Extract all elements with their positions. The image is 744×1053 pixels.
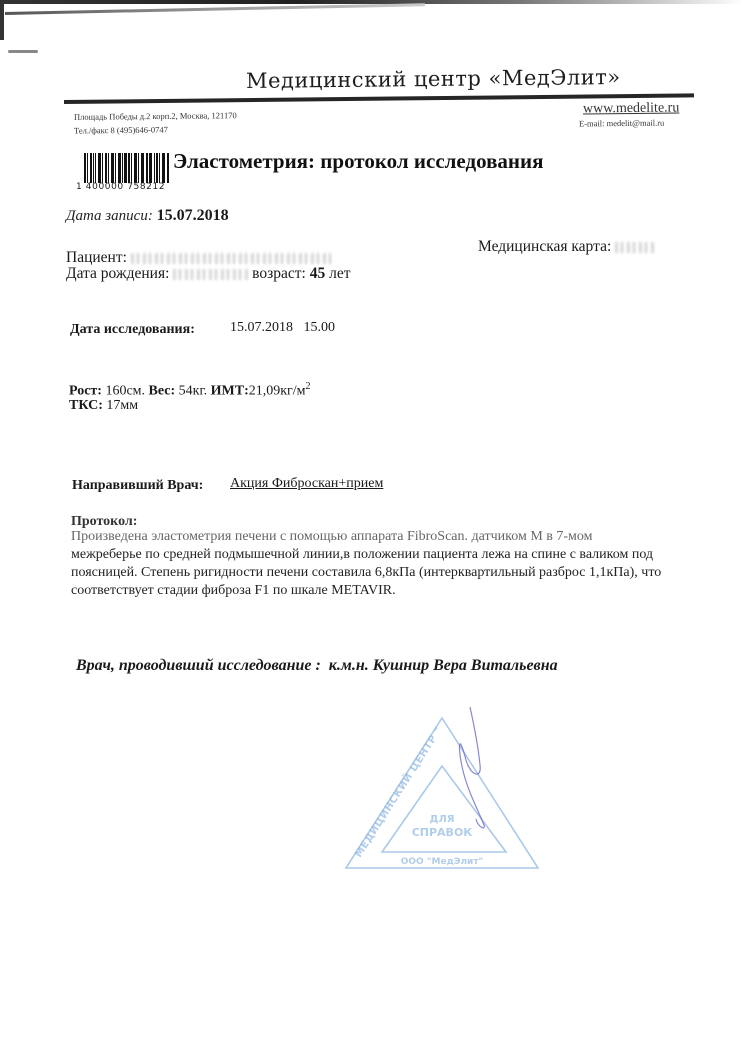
patient-name-redacted (131, 253, 331, 264)
bmi-value: 21,09кг/м (249, 384, 306, 399)
medcard-redacted (615, 242, 655, 253)
tks-label: ТКС: (69, 398, 103, 413)
clinic-website-link[interactable]: www.medelite.ru (583, 100, 679, 117)
age-unit: лет (329, 265, 350, 282)
protocol-line: соответствует стадии фиброза F1 по шкале… (71, 582, 721, 600)
clinic-email: E-mail: medelit@mail.ru (579, 118, 664, 129)
birth-date-redacted (173, 269, 248, 280)
referrer-label: Направивший Врач: (72, 478, 203, 493)
age-label: возраст: (252, 265, 306, 282)
referrer-row: Направивший Врач: Акция Фиброскан+прием (72, 478, 203, 494)
record-date-label: Дата записи: (66, 208, 153, 224)
study-date-row: Дата исследования: 15.07.2018 15.00 (70, 322, 195, 338)
medcard-label: Медицинская карта: (478, 238, 611, 255)
doctor-name: к.м.н. Кушнир Вера Витальевна (329, 657, 558, 674)
body-params-row: Рост: 160см. Вес: 54кг. ИМТ:21,09кг/м2 (69, 381, 311, 400)
referrer-value: Акция Фиброскан+прием (230, 476, 383, 492)
bmi-label: ИМТ: (211, 384, 249, 399)
birth-row: Дата рождения: возраст: 45 лет (66, 265, 350, 283)
medcard-row: Медицинская карта: (478, 238, 655, 256)
weight-value: 54кг. (179, 384, 207, 399)
study-date-value: 15.07.2018 15.00 (230, 320, 335, 336)
document-title: Эластометрия: протокол исследования (173, 149, 543, 174)
height-value: 160см. (105, 384, 145, 399)
weight-label: Вес: (149, 384, 176, 399)
protocol-line: Произведена эластометрия печени с помощь… (71, 528, 721, 546)
age-value: 45 (310, 265, 326, 282)
protocol-line: межреберье по средней подмышечной линии,… (71, 546, 721, 564)
study-date: 15.07.2018 (230, 320, 293, 335)
bmi-exponent: 2 (306, 381, 311, 392)
protocol-text: Произведена эластометрия печени с помощь… (71, 528, 721, 600)
clinic-name: Медицинский центр «МедЭлит» (246, 65, 621, 93)
scan-fold-line (5, 3, 425, 15)
doctor-label: Врач, проводивший исследование : (76, 657, 321, 674)
tks-row: ТКС: 17мм (69, 398, 138, 414)
tks-value: 17мм (106, 398, 138, 413)
barcode: 1 400000 758212 (76, 153, 172, 193)
study-time: 15.00 (304, 320, 336, 335)
doctor-row: Врач, проводивший исследование : к.м.н. … (76, 657, 558, 675)
clinic-address: Площадь Победы д.2 корп.2, Москва, 12117… (74, 110, 237, 122)
patient-label: Пациент: (66, 249, 127, 266)
record-date-value: 15.07.2018 (157, 207, 229, 224)
scan-mark (8, 50, 38, 53)
study-date-label: Дата исследования: (70, 322, 195, 337)
birth-date-label: Дата рождения: (66, 265, 169, 282)
clinic-phone: Тел./факс 8 (495)646-0747 (74, 125, 168, 136)
height-label: Рост: (69, 384, 102, 399)
signature (440, 705, 500, 835)
barcode-number: 1 400000 758212 (76, 182, 165, 192)
scan-edge-left (0, 0, 4, 40)
record-date: Дата записи: 15.07.2018 (66, 207, 229, 225)
protocol-line: поясницей. Степень ригидности печени сос… (71, 564, 721, 582)
stamp-bottom-text: ООО "МедЭлит" (401, 857, 484, 867)
barcode-bars (84, 153, 170, 183)
